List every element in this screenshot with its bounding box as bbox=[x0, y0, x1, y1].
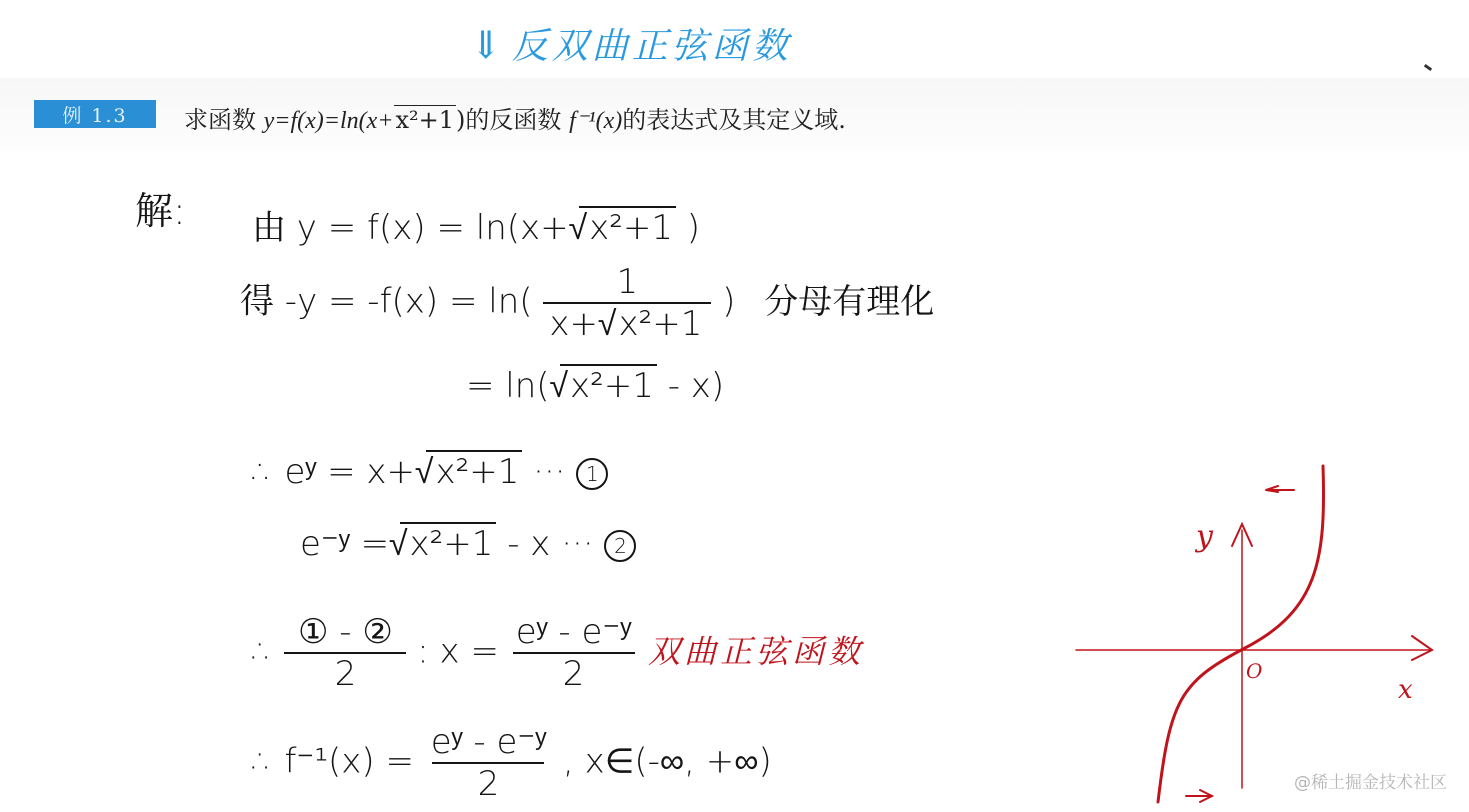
line4-lead: ∴ eʸ = x+ bbox=[252, 452, 415, 492]
problem-function: y=f(x)=ln(x+ bbox=[264, 108, 394, 134]
line3-sqrt: x²+1 bbox=[560, 364, 657, 406]
origin-label: O bbox=[1246, 659, 1262, 683]
line4-sqrt: x²+1 bbox=[426, 450, 523, 492]
y-label: y bbox=[1194, 519, 1214, 554]
line5-sqrt: x²+1 bbox=[400, 522, 497, 564]
line7-numerator: eʸ - e⁻ʸ bbox=[425, 722, 552, 762]
line2-tail: ) bbox=[722, 282, 735, 322]
line7-domain: , x∈(-∞, +∞) bbox=[563, 742, 772, 782]
double-down-arrow-icon: ⇓ bbox=[470, 23, 506, 67]
problem-prefix: 求函数 bbox=[184, 106, 264, 134]
line2-den-lead: x+ bbox=[549, 304, 598, 344]
solution-line-5: e⁻ʸ = x²+1 - x ··· 2 bbox=[300, 524, 636, 564]
solution-line-1: 由 y = f(x) = ln(x+ x²+1 ) bbox=[252, 200, 700, 249]
solution-line-3: = ln( x²+1 - x) bbox=[466, 366, 724, 406]
rationalize-note: 分母有理化 bbox=[764, 282, 934, 322]
equation-marker-1: 1 bbox=[576, 458, 608, 490]
problem-suffix: 的表达式及其定义域. bbox=[622, 106, 846, 134]
solution-label: 解: bbox=[135, 180, 186, 235]
watermark: @稀土掘金技术社区 bbox=[1294, 768, 1447, 793]
line6-lead: ∴ bbox=[252, 632, 274, 672]
line6-numerator: ① - ② bbox=[292, 612, 399, 652]
line2-lead: 得 -y = -f(x) = ln( bbox=[240, 282, 533, 322]
line2-denominator: x+ x²+1 bbox=[543, 302, 711, 344]
inverse-sinh-curve bbox=[1158, 466, 1324, 802]
solution-line-7: ∴ f⁻¹(x) = eʸ - e⁻ʸ 2 , x∈(-∞, +∞) bbox=[252, 722, 772, 804]
problem-middle: 的反函数 bbox=[465, 106, 569, 134]
line6-fraction-left: ① - ② 2 bbox=[284, 612, 406, 694]
line5-tail: - x ··· bbox=[496, 524, 593, 564]
heading-text: 反双曲正弦函数 bbox=[512, 26, 792, 67]
example-badge: 例 1.3 bbox=[34, 100, 156, 128]
line1-lead: 由 y = f(x) = ln(x+ bbox=[252, 208, 569, 248]
line6-fraction-right: eʸ - e⁻ʸ 2 bbox=[510, 612, 637, 694]
line2-den-sqrt: x²+1 bbox=[609, 302, 706, 344]
line2-fraction: 1 x+ x²+1 bbox=[543, 262, 711, 344]
problem-inverse: f⁻¹(x) bbox=[569, 108, 622, 134]
x-label: x bbox=[1398, 675, 1413, 705]
line7-denominator: 2 bbox=[432, 762, 544, 804]
line6-numerator-2: eʸ - e⁻ʸ bbox=[510, 612, 637, 652]
problem-statement: 求函数 y=f(x)=ln(x+x²+1)的反函数 f⁻¹(x)的表达式及其定义… bbox=[184, 100, 846, 135]
pen-mark bbox=[1424, 64, 1432, 71]
line3-lead: = ln( bbox=[466, 366, 550, 406]
blue-handwritten-heading: ⇓反双曲正弦函数 bbox=[470, 18, 792, 69]
line6-denominator: 2 bbox=[284, 652, 406, 694]
line5-lead: e⁻ʸ = bbox=[300, 524, 400, 564]
line7-lead: ∴ f⁻¹(x) = bbox=[252, 742, 414, 782]
solution-line-6: ∴ ① - ② 2 : x = eʸ - e⁻ʸ 2 双曲正弦函数 bbox=[252, 612, 864, 694]
equation-marker-2: 2 bbox=[604, 530, 636, 562]
line6-mid: : x = bbox=[417, 632, 499, 672]
line3-tail: - x) bbox=[657, 366, 724, 406]
line1-sqrt: x²+1 bbox=[579, 206, 676, 248]
line6-denominator-2: 2 bbox=[513, 652, 635, 694]
line1-tail: ) bbox=[687, 208, 700, 248]
line7-fraction: eʸ - e⁻ʸ 2 bbox=[425, 722, 552, 804]
solution-line-2: 得 -y = -f(x) = ln( 1 x+ x²+1 ) 分母有理化 bbox=[240, 262, 934, 344]
x-axis-arrow-icon bbox=[1412, 636, 1432, 660]
hyperbolic-sine-note: 双曲正弦函数 bbox=[648, 633, 864, 671]
solution-line-4: ∴ eʸ = x+ x²+1 ··· 1 bbox=[252, 452, 608, 492]
sinh-inverse-graph: y x O bbox=[1060, 450, 1469, 812]
line4-tail: ··· bbox=[522, 452, 565, 492]
line2-numerator: 1 bbox=[611, 262, 645, 302]
problem-radicand: x²+1 bbox=[394, 105, 457, 134]
